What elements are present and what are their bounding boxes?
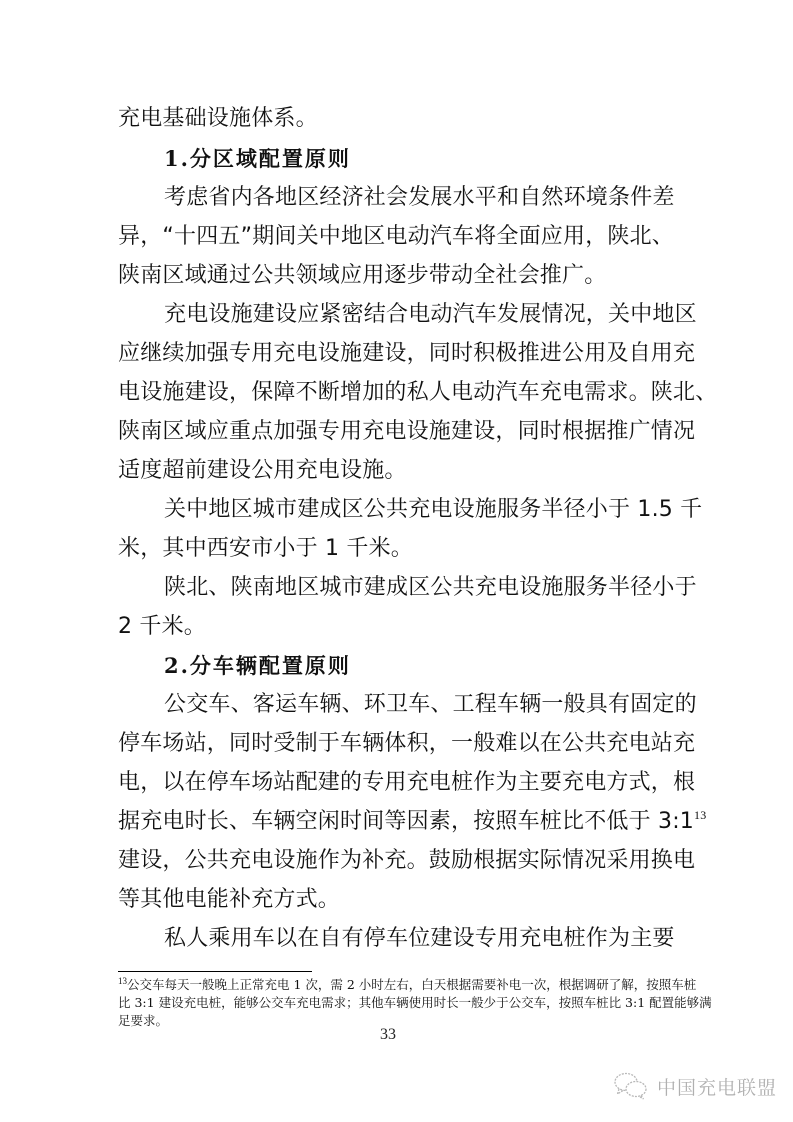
section-heading: 2.分车辆配置原则 — [118, 647, 351, 685]
footnote-line: 比 3:1 建设充电桩，能够公交车充电需求；其他车辆使用时长一般少于公交车，按照… — [118, 994, 674, 1012]
body-line: 应继续加强专用充电设施建设，同时积极推进公用及自用充 — [118, 335, 674, 373]
watermark: 中国充电联盟 — [613, 1070, 777, 1102]
page-number: 33 — [380, 1026, 420, 1044]
footnote-reference[interactable]: 13 — [694, 808, 706, 822]
body-line: 等其他电能补充方式。 — [118, 881, 340, 919]
body-line: 陕南区域通过公共领域应用逐步带动全社会推广。 — [118, 257, 606, 295]
body-line: 电设施建设，保障不断增加的私人电动汽车充电需求。陕北、 — [118, 374, 674, 412]
body-line: 适度超前建设公用充电设施。 — [118, 452, 407, 490]
body-line: 停车场站，同时受制于车辆体积，一般难以在公共充电站充 — [118, 725, 674, 763]
body-line: 建设，公共充电设施作为补充。鼓励根据实际情况采用换电 — [118, 842, 674, 880]
watermark-text: 中国充电联盟 — [657, 1073, 777, 1100]
body-line: 2 千米。 — [118, 608, 206, 646]
body-line-text: 据充电时长、车辆空闲时间等因素，按照车桩比不低于 3:1 — [118, 809, 694, 834]
footnote-divider — [118, 971, 312, 972]
body-line: 充电基础设施体系。 — [118, 100, 318, 138]
wechat-icon — [613, 1071, 649, 1101]
body-line: 陕南区域应重点加强专用充电设施建设，同时根据推广情况 — [118, 413, 674, 451]
footnote-number: 13 — [118, 976, 127, 986]
body-line: 充电设施建设应紧密结合电动汽车发展情况，关中地区 — [118, 296, 674, 334]
body-line-with-footnote: 据充电时长、车辆空闲时间等因素，按照车桩比不低于 3:113 — [118, 803, 674, 841]
body-line: 考虑省内各地区经济社会发展水平和自然环境条件差 — [118, 179, 674, 217]
body-line: 公交车、客运车辆、环卫车、工程车辆一般具有固定的 — [118, 686, 674, 724]
body-line: 陕北、陕南地区城市建成区公共充电设施服务半径小于 — [118, 569, 674, 607]
body-line: 异，“十四五”期间关中地区电动汽车将全面应用，陕北、 — [118, 218, 674, 256]
body-line: 电，以在停车场站配建的专用充电桩作为主要充电方式，根 — [118, 764, 674, 802]
footnote-line: 13公交车每天一般晚上正常充电 1 次，需 2 小时左右，白天根据需要补电一次，… — [118, 976, 674, 994]
section-heading: 1.分区域配置原则 — [118, 140, 351, 178]
footnote-text: 公交车每天一般晚上正常充电 1 次，需 2 小时左右，白天根据需要补电一次，根据… — [127, 977, 696, 992]
body-line: 米，其中西安市小于 1 千米。 — [118, 530, 413, 568]
body-line: 私人乘用车以在自有停车位建设专用充电桩作为主要 — [118, 920, 674, 958]
body-line: 关中地区城市建成区公共充电设施服务半径小于 1.5 千 — [118, 491, 674, 529]
